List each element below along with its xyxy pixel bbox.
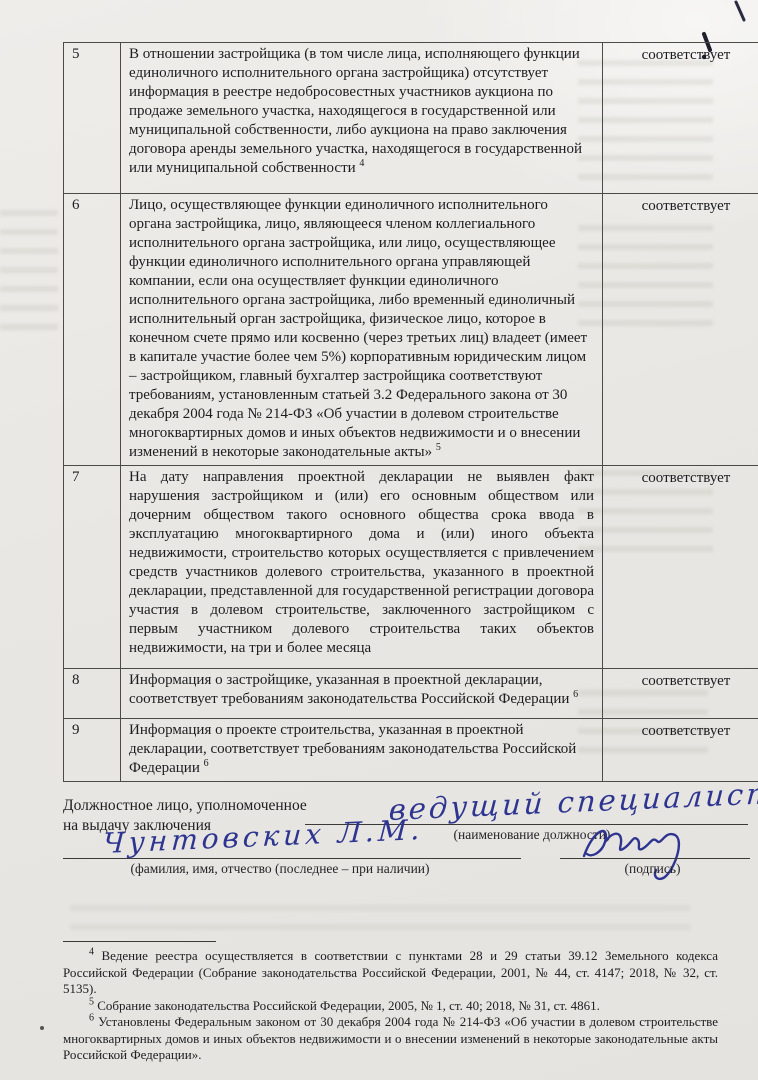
name-caption: (фамилия, имя, отчество (последнее – при… — [75, 861, 485, 877]
scan-speck — [40, 1026, 44, 1030]
footnotes: 4 Ведение реестра осуществляется в соотв… — [63, 948, 718, 1064]
footnote-marker: 5 — [89, 996, 94, 1007]
row-number: 5 — [64, 43, 121, 194]
status-value: соответствует — [603, 43, 758, 194]
table-row: 6 Лицо, осуществляющее функции единоличн… — [64, 194, 758, 466]
status-value: соответствует — [603, 466, 758, 669]
signature-caption: (подпись) — [585, 861, 720, 877]
row-number: 6 — [64, 194, 121, 466]
row-number: 7 — [64, 466, 121, 669]
footnote-ref: 6 — [204, 758, 209, 769]
table-row: 7 На дату направления проектной декларац… — [64, 466, 758, 669]
row-number: 8 — [64, 669, 121, 719]
requirement-text: Информация о проекте строительства, указ… — [121, 719, 603, 782]
bleedthrough-artifact — [70, 905, 690, 935]
footnote-ref: 6 — [573, 689, 578, 700]
footnote-separator — [63, 941, 216, 942]
footnote-marker: 6 — [89, 1013, 94, 1024]
footnote-marker: 4 — [89, 947, 94, 958]
status-value: соответствует — [603, 669, 758, 719]
requirement-text: На дату направления проектной декларации… — [121, 466, 603, 669]
footnote: 5 Собрание законодательства Российской Ф… — [63, 998, 718, 1015]
table-row: 8 Информация о застройщике, указанная в … — [64, 669, 758, 719]
signature-stroke — [572, 818, 702, 888]
requirement-text: В отношении застройщика (в том числе лиц… — [121, 43, 603, 194]
footnote: 4 Ведение реестра осуществляется в соотв… — [63, 948, 718, 998]
row-number: 9 — [64, 719, 121, 782]
scanned-document-page: 5 В отношении застройщика (в том числе л… — [0, 0, 758, 1080]
official-label-line1: Должностное лицо, уполномоченное — [63, 796, 363, 816]
requirement-text: Информация о застройщике, указанная в пр… — [121, 669, 603, 719]
compliance-table: 5 В отношении застройщика (в том числе л… — [63, 42, 758, 782]
table-row: 9 Информация о проекте строительства, ук… — [64, 719, 758, 782]
bleedthrough-artifact — [0, 210, 58, 340]
footnote-ref: 4 — [359, 158, 364, 169]
status-value: соответствует — [603, 194, 758, 466]
name-underline — [63, 858, 521, 859]
signature-underline — [560, 858, 750, 859]
requirement-text: Лицо, осуществляющее функции единоличног… — [121, 194, 603, 466]
status-value: соответствует — [603, 719, 758, 782]
footnote-ref: 5 — [436, 442, 441, 453]
footnote: 6 Установлены Федеральным законом от 30 … — [63, 1014, 718, 1064]
table-row: 5 В отношении застройщика (в том числе л… — [64, 43, 758, 194]
